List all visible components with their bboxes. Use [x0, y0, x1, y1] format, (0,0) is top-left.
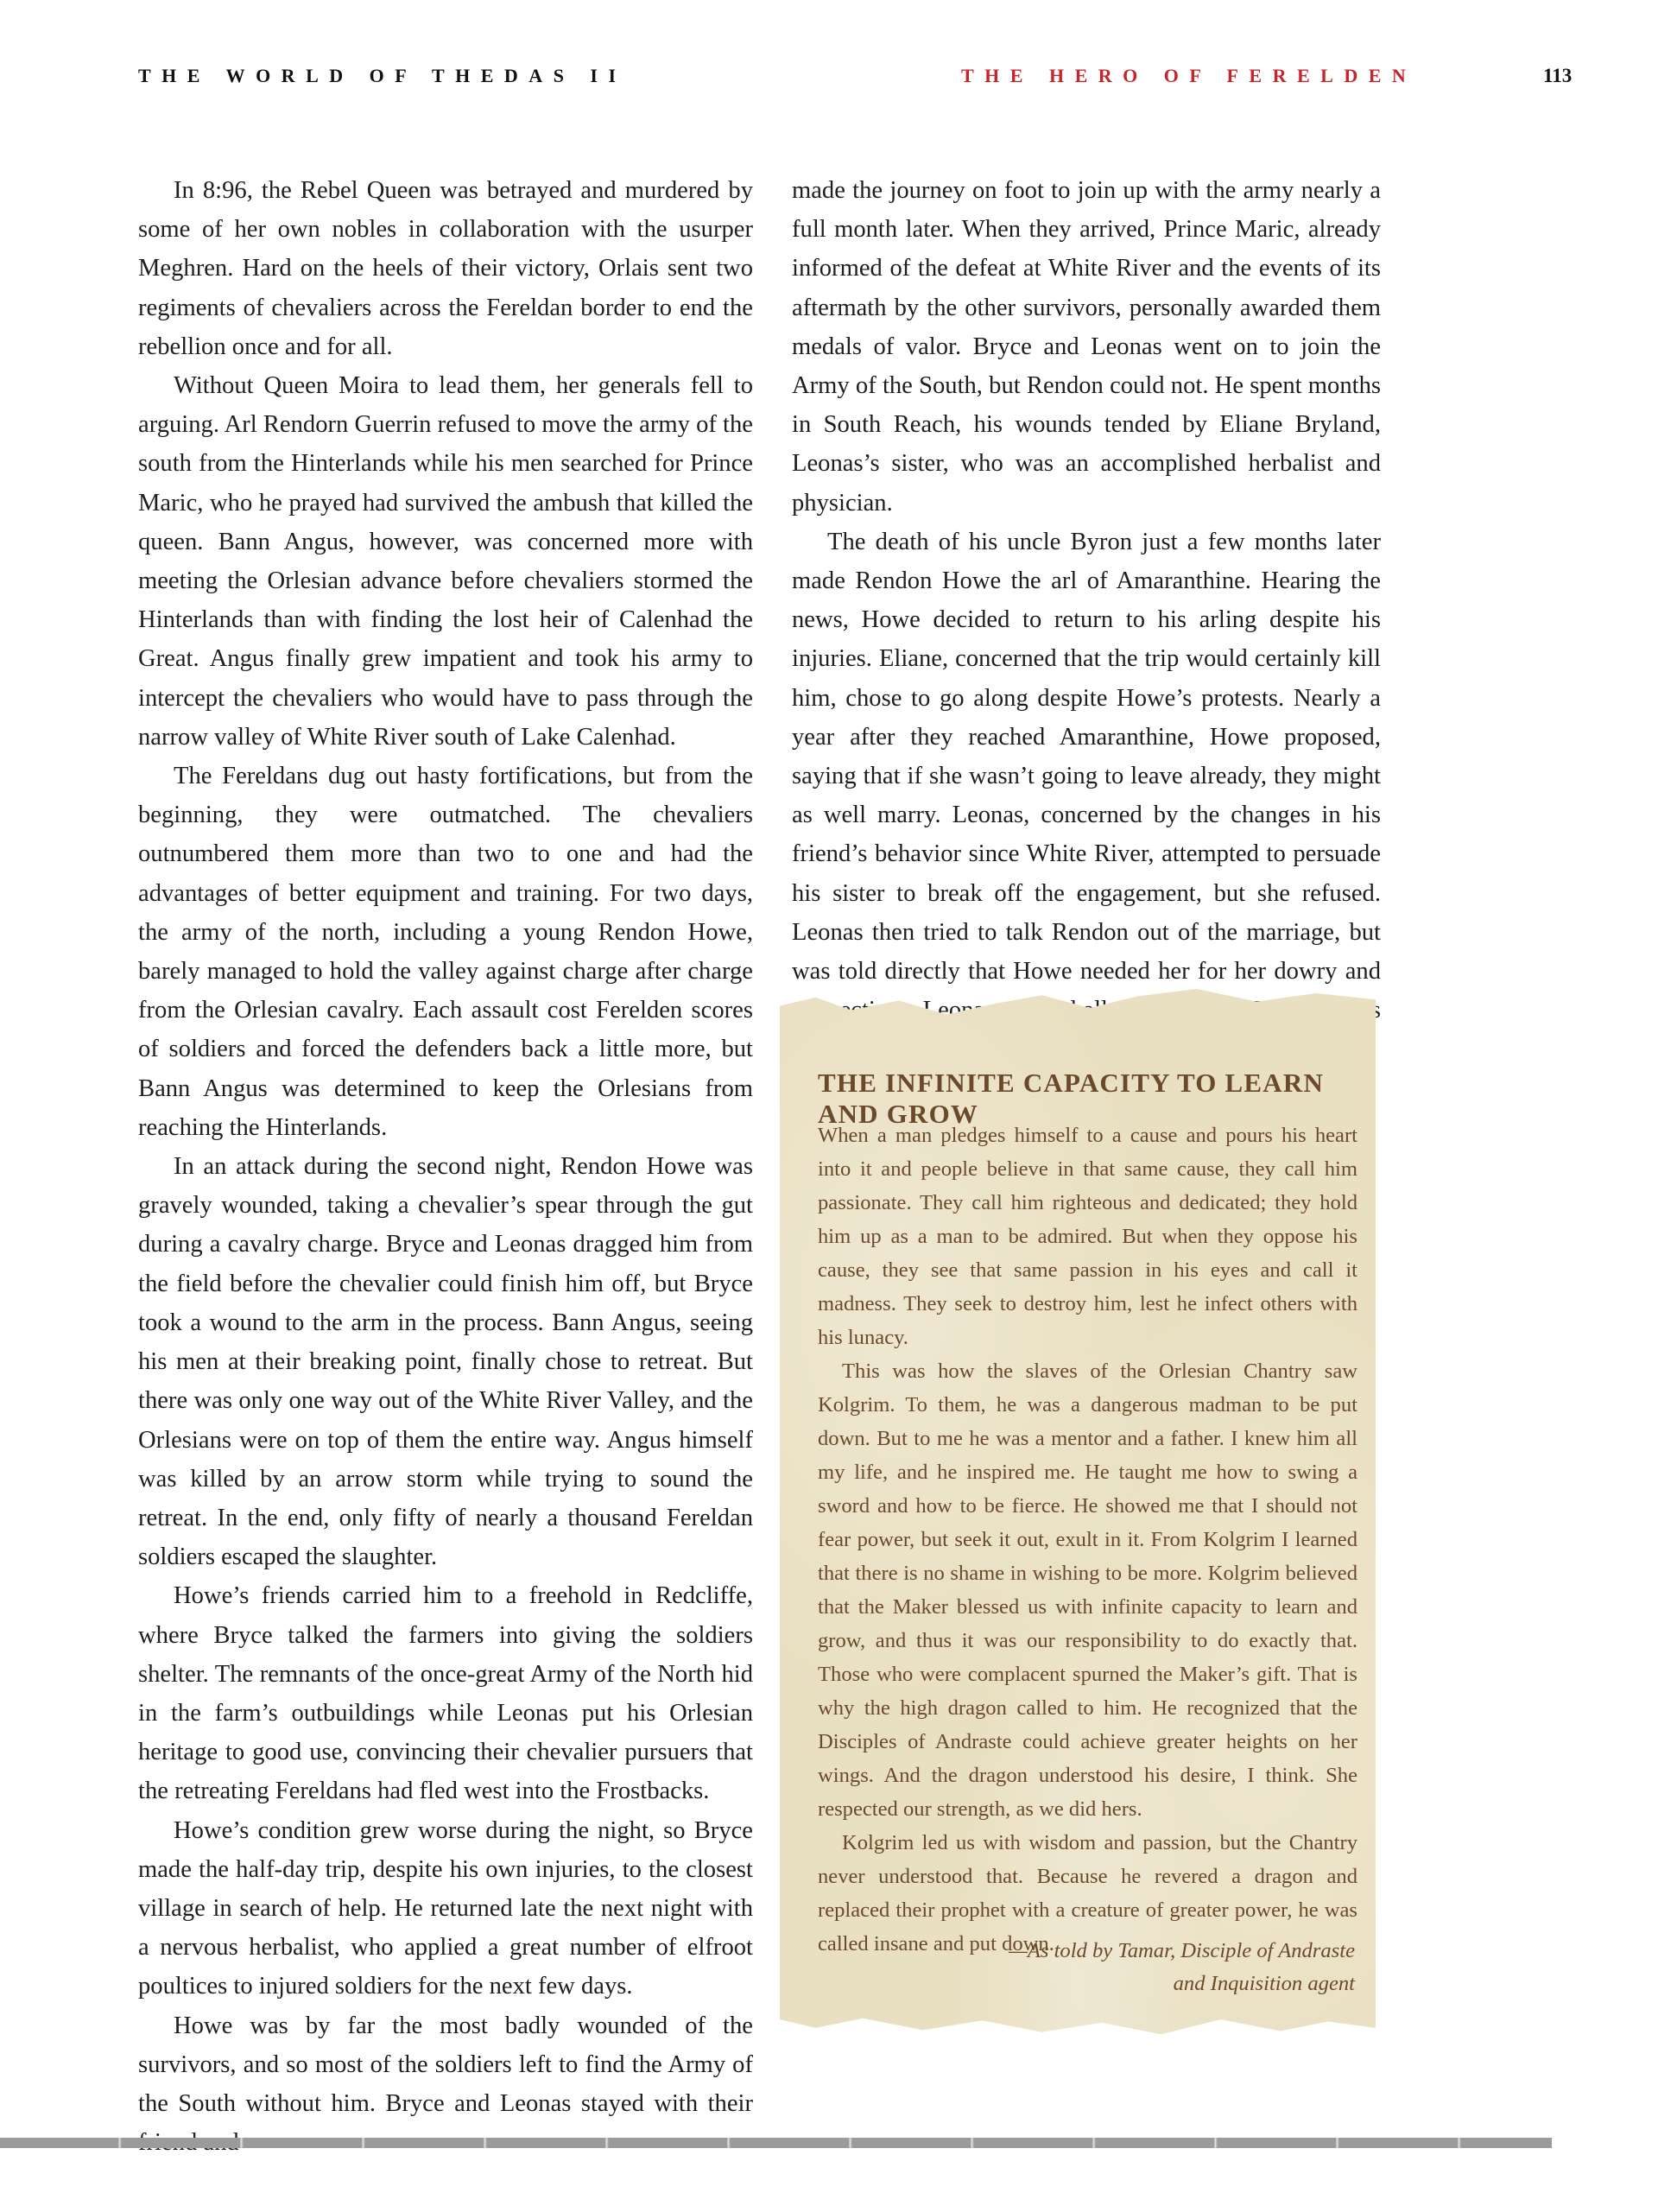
paragraph: Howe’s condition grew worse during the n… [138, 1811, 753, 2006]
attribution-line: —As told by Tamar, Disciple of Andraste [837, 1935, 1355, 1968]
left-column: In 8:96, the Rebel Queen was betrayed an… [138, 171, 753, 2162]
paragraph: Without Queen Moira to lead them, her ge… [138, 366, 753, 757]
right-column: made the journey on foot to join up with… [792, 171, 1381, 1069]
sidebar-attribution: —As told by Tamar, Disciple of Andraste … [837, 1935, 1355, 2000]
sidebar-body: When a man pledges himself to a cause an… [818, 1119, 1357, 1961]
paragraph: In an attack during the second night, Re… [138, 1147, 753, 1576]
paragraph: The death of his uncle Byron just a few … [792, 523, 1381, 1069]
paragraph: In 8:96, the Rebel Queen was betrayed an… [138, 171, 753, 366]
paragraph: The Fereldans dug out hasty fortificatio… [138, 757, 753, 1147]
page-number: 113 [1543, 65, 1572, 87]
running-head: THE WORLD OF THEDAS II THE HERO OF FEREL… [0, 65, 1658, 92]
sidebar-paragraph: This was how the slaves of the Orlesian … [818, 1354, 1357, 1826]
footer-decorative-bar [0, 2138, 1552, 2148]
sidebar-box: THE INFINITE CAPACITY TO LEARN AND GROW … [780, 985, 1376, 2047]
paragraph: made the journey on foot to join up with… [792, 171, 1381, 523]
sidebar-paragraph: When a man pledges himself to a cause an… [818, 1119, 1357, 1354]
book-title: THE WORLD OF THEDAS II [138, 65, 627, 87]
chapter-title: THE HERO OF FERELDEN [961, 65, 1416, 87]
paragraph: Howe’s friends carried him to a freehold… [138, 1576, 753, 1810]
attribution-line: and Inquisition agent [837, 1968, 1355, 2000]
